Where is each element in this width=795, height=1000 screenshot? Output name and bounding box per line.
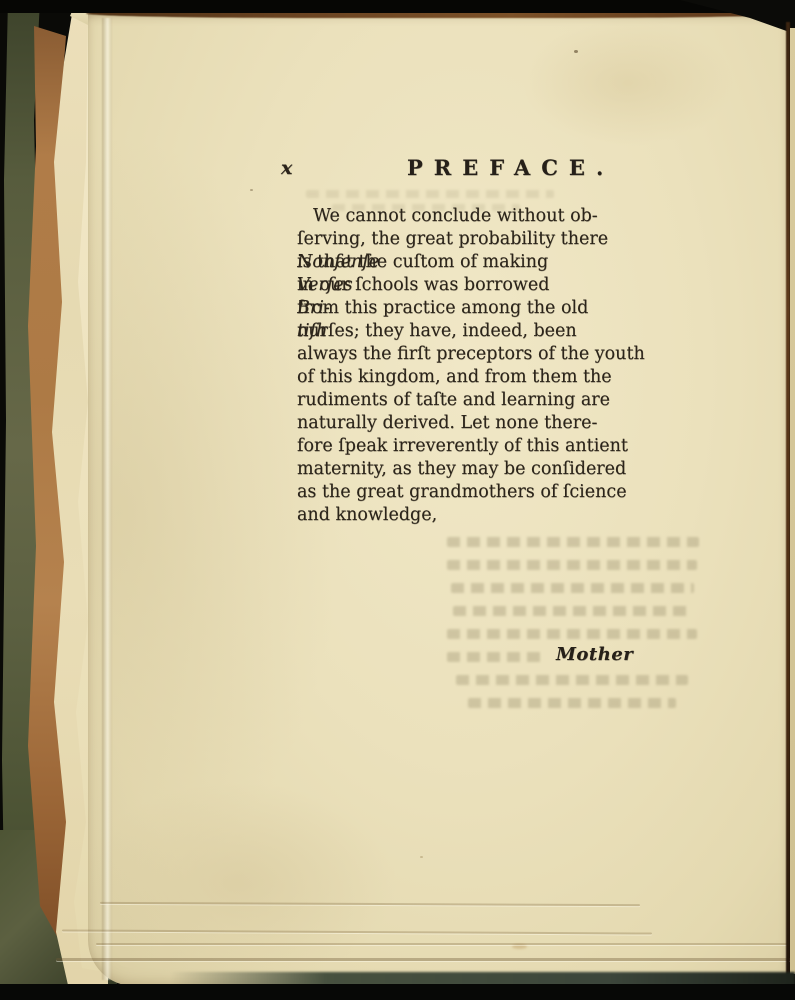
text-line: fore ſpeak irreverently of this antient (297, 435, 674, 458)
text-segment: always the firſt preceptors of the youth (297, 343, 645, 366)
show-through-text (306, 190, 554, 198)
show-through-text (456, 675, 688, 685)
show-through-text (447, 537, 699, 547)
preface-paragraph: We cannot conclude without ob-ſerving, t… (297, 205, 674, 527)
text-line: as the great grandmothers of ſcience (297, 481, 674, 504)
scan-top-border (0, 0, 795, 13)
italic-text-segment: Bri- (297, 297, 330, 320)
show-through-text (453, 606, 691, 616)
text-segment: We cannot conclude without ob- (313, 205, 598, 228)
gutter-crease (102, 18, 112, 980)
text-line: We cannot conclude without ob- (297, 205, 674, 228)
text-line: of this kingdom, and from them the (297, 366, 674, 389)
text-segment: naturally derived. Let none there- (297, 412, 597, 435)
show-through-text (447, 652, 541, 662)
text-segment: maternity, as they may be conſidered (297, 458, 626, 481)
fox-spot (574, 50, 578, 53)
text-segment: in our ſchools was borrowed (297, 274, 549, 297)
show-through-text (468, 698, 676, 708)
text-line: from this practice among the old Bri- (297, 297, 674, 320)
text-segment: rudiments of taſte and learning are (297, 389, 610, 412)
text-line: maternity, as they may be conſidered (297, 458, 674, 481)
page-crease (56, 958, 792, 961)
scan-bottom-border (0, 984, 795, 1000)
text-line: is that the cuſtom of making Nonſenſe (297, 251, 674, 274)
show-through-text (447, 629, 697, 639)
running-title: PREFACE. (407, 155, 614, 180)
text-line: naturally derived. Let none there- (297, 412, 674, 435)
fox-spot (250, 189, 253, 191)
text-segment: and knowledge, (297, 504, 437, 527)
show-through-text (447, 560, 697, 570)
text-segment: as the great grandmothers of ſcience (297, 481, 627, 504)
text-segment: of this kingdom, and from them the (297, 366, 612, 389)
text-segment: ſerving, the great probability there (297, 228, 608, 251)
text-line: ſerving, the great probability there (297, 228, 674, 251)
catchword: Mother (556, 644, 633, 665)
text-segment: nurſes; they have, indeed, been (297, 320, 577, 343)
show-through-text (451, 583, 694, 593)
fox-spot (420, 856, 423, 858)
page-crease (96, 943, 788, 945)
text-segment: from this practice among the old (297, 297, 588, 320)
page-right-sliver (790, 28, 795, 974)
text-segment: fore ſpeak irreverently of this antient (297, 435, 628, 458)
text-line: tiſh nurſes; they have, indeed, been (297, 320, 674, 343)
book-scan: x PREFACE. We cannot conclude without ob… (0, 0, 795, 1000)
text-line: always the firſt preceptors of the youth (297, 343, 674, 366)
text-line: rudiments of taſte and learning are (297, 389, 674, 412)
text-line: and knowledge, (297, 504, 674, 527)
text-line: Verſes in our ſchools was borrowed (297, 274, 674, 297)
italic-text-segment: Nonſenſe (297, 251, 379, 274)
page-number: x (281, 157, 292, 179)
